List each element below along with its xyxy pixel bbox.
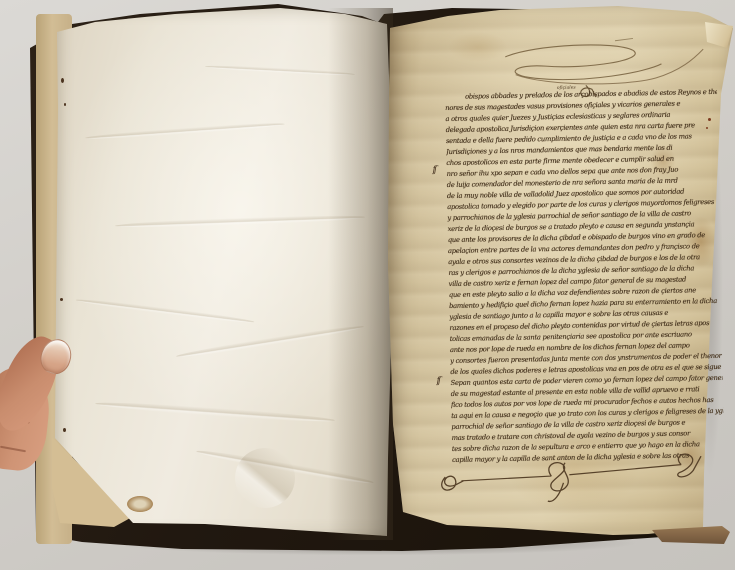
ink-speck: [64, 103, 66, 106]
initial-letter: P: [386, 5, 387, 6]
manuscript-text-block: ofiçiales ſſ ſſ obispos abbades y prelad…: [445, 88, 724, 467]
right-page-content: P ofiçiales ſſ ſſ obispos abbades y prel…: [386, 0, 735, 547]
ink-speck: [60, 298, 63, 301]
margin-mark: ſſ: [432, 165, 435, 175]
margin-mark: ſſ: [436, 376, 439, 386]
notarial-rubric-drawing: [439, 454, 720, 509]
parchment-wrinkle: [75, 297, 254, 325]
parchment-wrinkle: [95, 400, 335, 425]
ink-speck: [61, 78, 64, 83]
parchment-wrinkle: [223, 436, 308, 521]
gutter-shadow: [328, 8, 393, 540]
parchment-wrinkle: [85, 121, 285, 141]
parchment-stain: [127, 496, 153, 512]
ink-speck: [63, 428, 66, 432]
photo-scene: P ofiçiales ſſ ſſ obispos abbades y prel…: [0, 0, 735, 570]
